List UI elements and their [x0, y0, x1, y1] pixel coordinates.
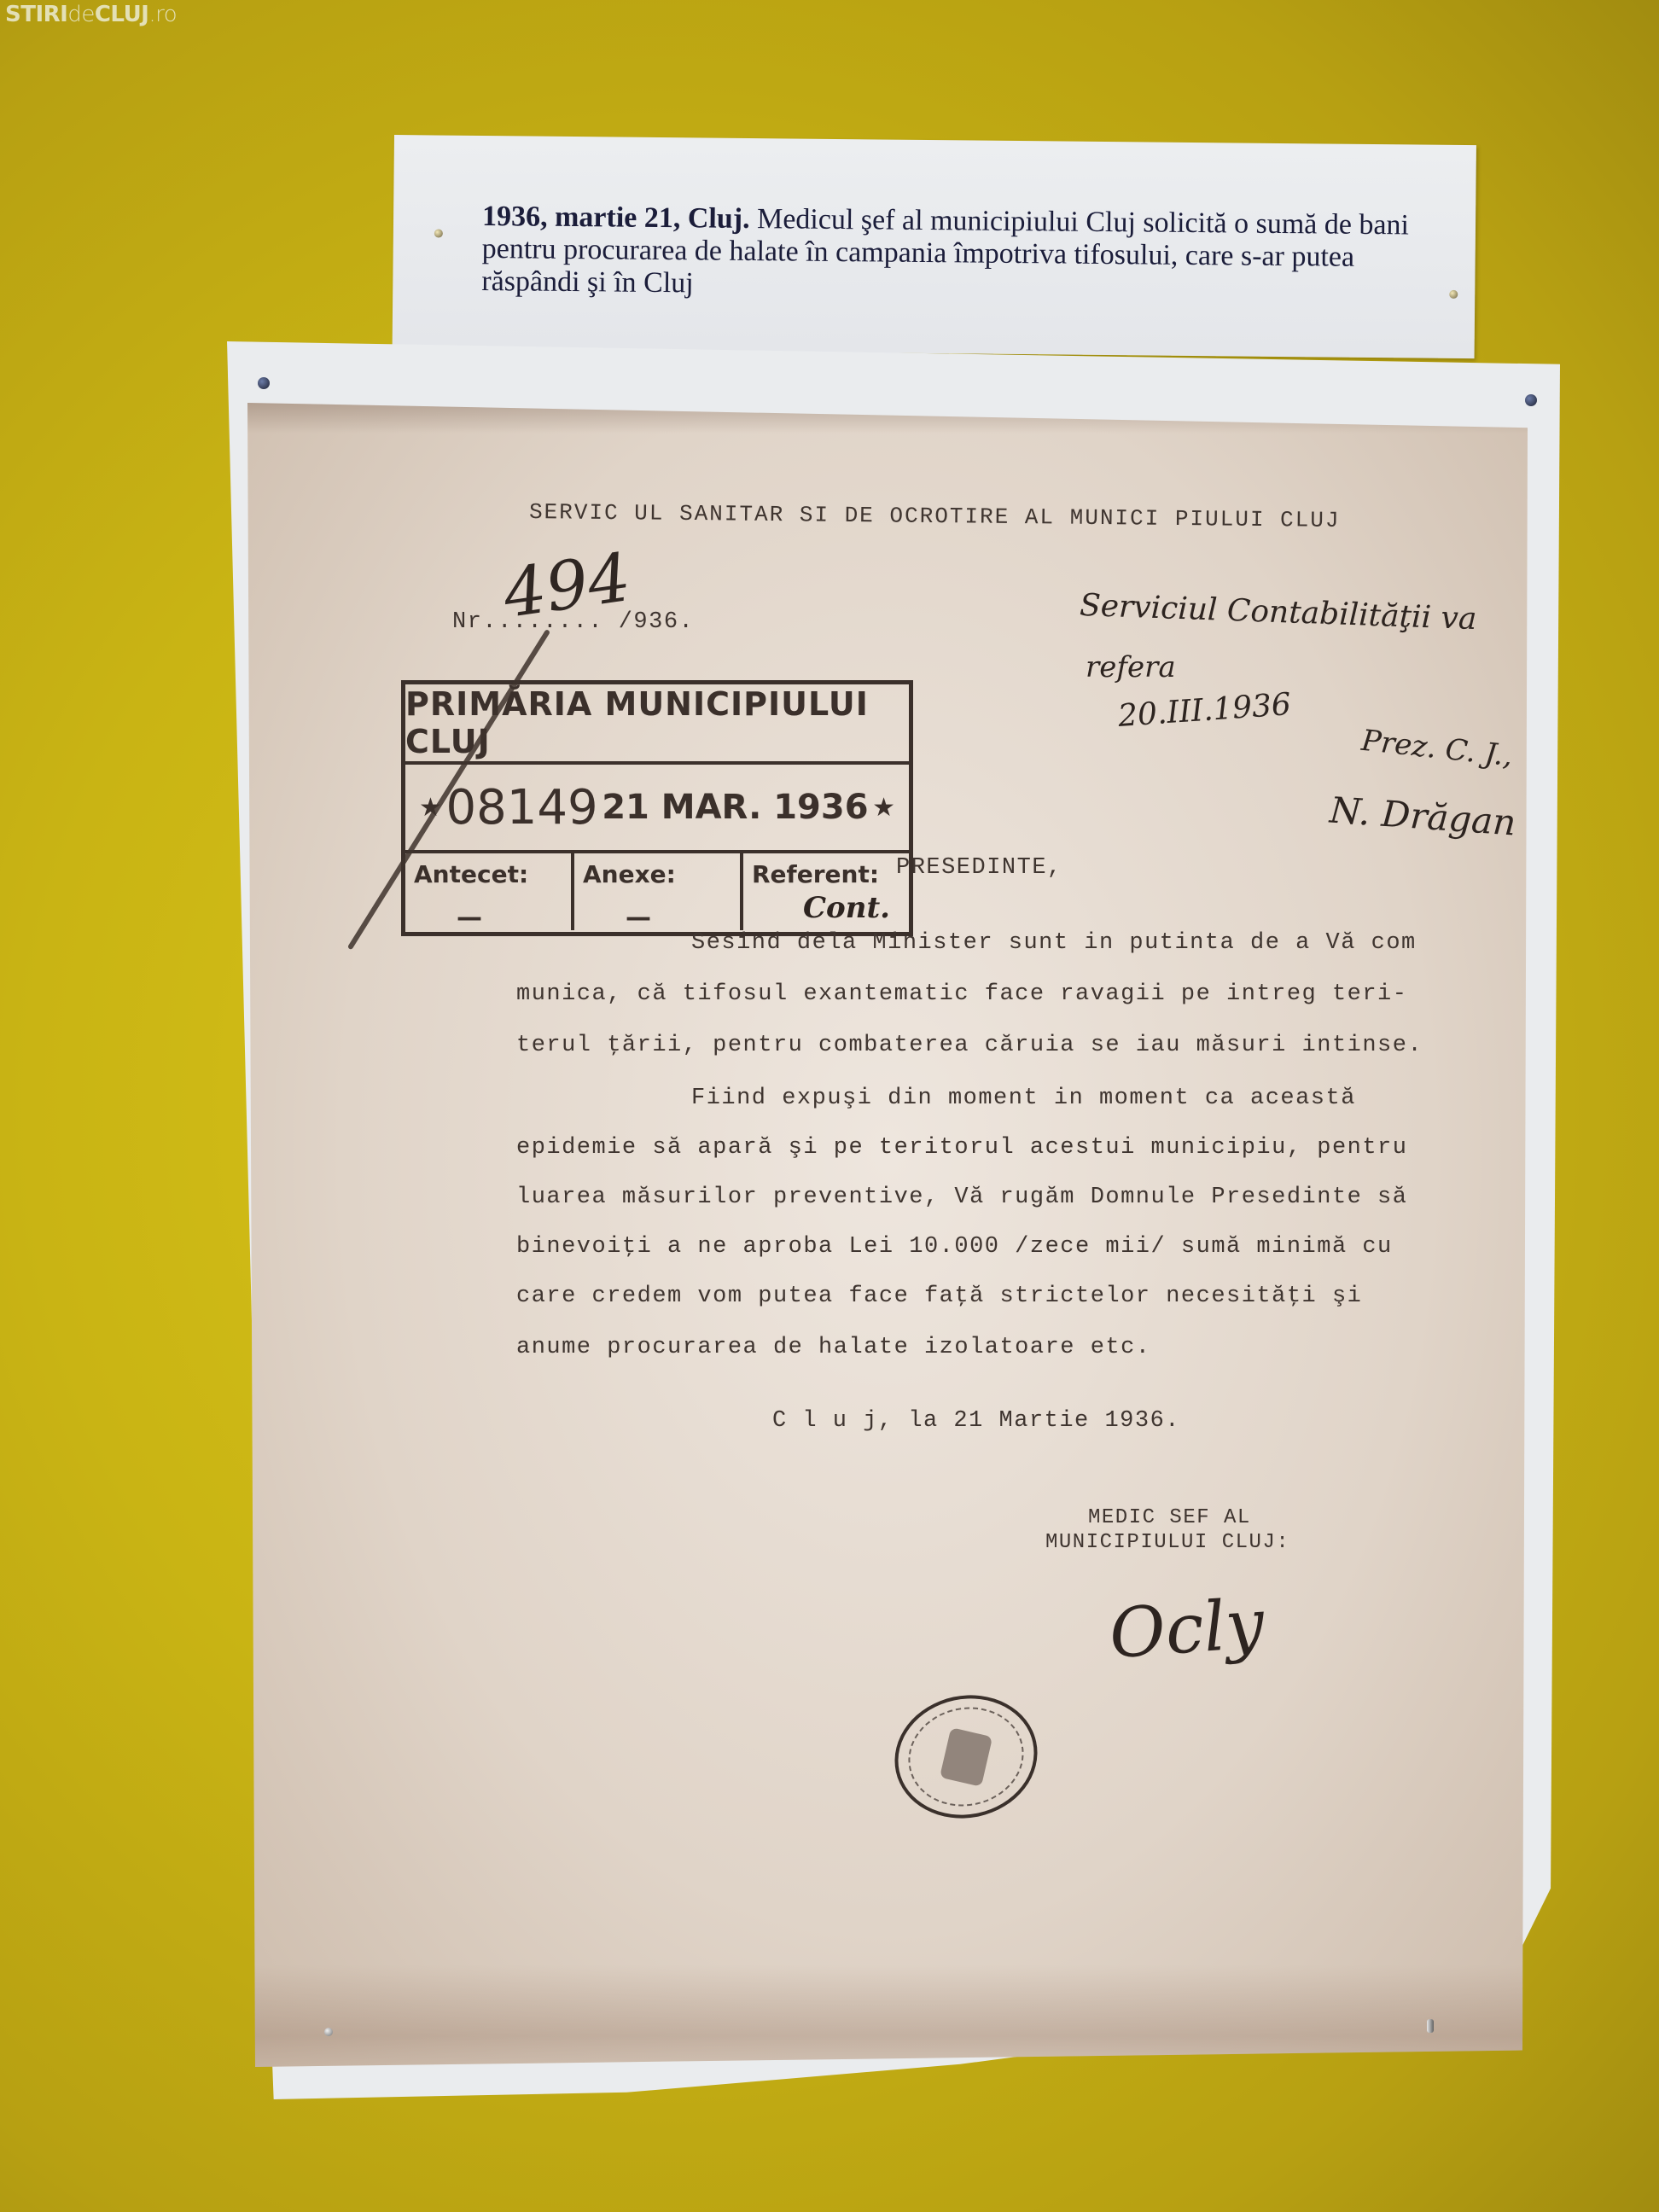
caption-text: 1936, martie 21, Cluj. Medicul şef al mu…: [481, 201, 1421, 307]
place-date: C l u j, la 21 Martie 1936.: [772, 1408, 1180, 1434]
document-copy: SERVIC UL SANITAR SI DE OCROTIRE AL MUNI…: [247, 403, 1528, 2067]
signature: Ocly: [1107, 1584, 1266, 1674]
nail-icon: [324, 2028, 333, 2036]
body-line: terul ţării, pentru combaterea căruia se…: [516, 1033, 1423, 1058]
document-header: SERVIC UL SANITAR SI DE OCROTIRE AL MUNI…: [529, 499, 1341, 533]
body-line: care credem vom putea face faţă strictel…: [516, 1284, 1362, 1309]
site-watermark: STIRIdeCLUJ.ro: [5, 2, 177, 27]
caption-date-place: 1936, martie 21, Cluj.: [482, 201, 750, 235]
stamp-title: PRIMĂRIA MUNICIPIULUI CLUJ: [405, 684, 909, 765]
registry-stamp: PRIMĂRIA MUNICIPIULUI CLUJ ★ 08149 21 MA…: [401, 680, 913, 936]
marginal-note-signature: N. Drăgan: [1329, 789, 1517, 843]
marginal-note-date: 20.III.1936: [1117, 687, 1292, 734]
star-icon: ★: [872, 793, 895, 823]
body-line: epidemie să apară şi pe teritorul acestu…: [516, 1135, 1407, 1161]
body-line: Fiind expuşi din moment in moment ca ace…: [691, 1086, 1356, 1111]
signatory-title-line2: MUNICIPIULUI CLUJ:: [1045, 1531, 1289, 1554]
round-seal: [883, 1682, 1049, 1831]
marginal-note-line1: Serviciul Contabilităţii va: [1079, 588, 1477, 637]
stamp-field-antecedent: Antecet: —: [405, 853, 574, 930]
stamp-field-referent: Referent: Cont.: [743, 853, 909, 930]
stamp-number: 08149: [445, 780, 597, 835]
seal-emblem-icon: [940, 1727, 992, 1787]
caption-card: 1936, martie 21, Cluj. Medicul şef al mu…: [393, 135, 1476, 358]
body-line: Sesind dela Minister sunt in putinta de …: [691, 930, 1417, 956]
body-line: anume procurarea de halate izolatoare et…: [516, 1335, 1151, 1360]
marginal-note-line2: refera: [1086, 650, 1176, 684]
body-line: munica, că tifosul exantematic face rava…: [516, 981, 1407, 1007]
salutation: PRESEDINTE,: [896, 855, 1062, 881]
nail-icon: [1525, 394, 1537, 406]
signatory-title-line1: MEDIC SEF AL: [1088, 1506, 1251, 1529]
pin-icon: [1449, 290, 1458, 299]
body-line: binevoiţi a ne aproba Lei 10.000 /zece m…: [516, 1234, 1393, 1260]
nail-icon: [258, 377, 270, 389]
marginal-note-initials: Prez. C. J.,: [1359, 724, 1514, 773]
body-line: luarea măsurilor preventive, Vă rugăm Do…: [516, 1185, 1407, 1210]
stamp-date: 21 MAR. 1936: [602, 788, 868, 827]
nail-icon: [1427, 2019, 1434, 2033]
stamp-field-annexes: Anexe: —: [574, 853, 743, 930]
pin-icon: [434, 229, 443, 237]
